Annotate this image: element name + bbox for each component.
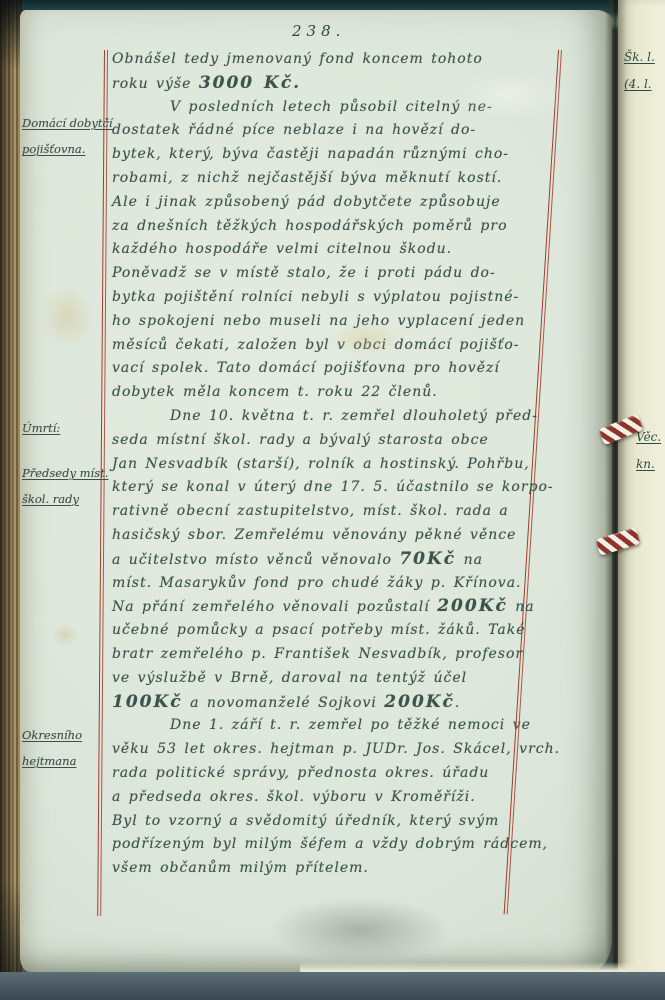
- manuscript-line: a učitelstvo místo věnců věnovalo 70Kč n…: [112, 548, 558, 572]
- line-text: který se konal v úterý dne 17. 5. účastn…: [112, 479, 554, 495]
- amount-text: 200Kč: [384, 692, 455, 712]
- line-text: věku 53 let okres. hejtman p. JUDr. Jos.…: [112, 741, 560, 757]
- line-text: dobytek měla koncem t. roku 22 členů.: [112, 384, 438, 400]
- manuscript-line: všem občanům milým přítelem.: [112, 857, 558, 881]
- line-text: míst. Masarykův fond pro chudé žáky p. K…: [112, 575, 522, 591]
- manuscript-page: 238. Domácí dobytčípojišťovna.Úmrtí:Před…: [20, 10, 612, 972]
- amount-text: 3000 Kč.: [199, 73, 301, 93]
- line-text: Na přání zemřelého věnovali pozůstalí: [112, 599, 437, 615]
- line-text: Poněvadž se v místě stalo, že i proti pá…: [112, 265, 496, 281]
- line-text: podřízeným byl milým šéfem a vždy dobrým…: [112, 836, 548, 852]
- manuscript-line: vací spolek. Tato domácí pojišťovna pro …: [112, 357, 558, 381]
- line-text: a předseda okres. škol. výboru v Kroměří…: [112, 789, 476, 805]
- table-surface-bottom: [0, 972, 665, 1000]
- manuscript-line: podřízeným byl milým šéfem a vždy dobrým…: [112, 833, 558, 857]
- manuscript-line: roku výše 3000 Kč.: [112, 72, 558, 96]
- manuscript-line: Poněvadž se v místě stalo, že i proti pá…: [112, 262, 558, 286]
- manuscript-line: každého hospodáře velmi citelnou škodu.: [112, 238, 558, 262]
- right-page-top-note: Šk. l.(4. l.: [624, 44, 655, 98]
- line-text: vací spolek. Tato domácí pojišťovna pro …: [112, 360, 500, 376]
- manuscript-line: Jan Nesvadbík (starší), rolník a hostins…: [112, 453, 558, 477]
- line-text: Dne 10. května t. r. zemřel dlouholetý p…: [170, 408, 538, 424]
- manuscript-line: učebné pomůcky a psací potřeby míst. žák…: [112, 619, 558, 643]
- line-text: bratr zemřelého p. František Nesvadbík, …: [112, 646, 523, 662]
- paper-smudge: [270, 898, 450, 962]
- manuscript-line: měsíců čekati, založen byl v obci domácí…: [112, 334, 558, 358]
- manuscript-line: Na přání zemřelého věnovali pozůstalí 20…: [112, 595, 558, 619]
- line-text: každého hospodáře velmi citelnou škodu.: [112, 241, 452, 257]
- manuscript-line: rativně obecní zastupitelstvo, míst. ško…: [112, 500, 558, 524]
- manuscript-line: bratr zemřelého p. František Nesvadbík, …: [112, 643, 558, 667]
- line-text: Jan Nesvadbík (starší), rolník a hostins…: [112, 456, 530, 472]
- manuscript-line: za dnešních těžkých hospodářských poměrů…: [112, 215, 558, 239]
- amount-text: 70Kč: [399, 549, 456, 569]
- manuscript-line: míst. Masarykův fond pro chudé žáky p. K…: [112, 572, 558, 596]
- manuscript-line: 100Kč a novomanželé Sojkovi 200Kč.: [112, 691, 558, 715]
- line-text: za dnešních těžkých hospodářských poměrů…: [112, 218, 508, 234]
- manuscript-line: který se konal v úterý dne 17. 5. účastn…: [112, 476, 558, 500]
- left-margin-notes: Domácí dobytčípojišťovna.Úmrtí:Předsedy …: [22, 10, 108, 972]
- margin-note-line: Předsedy míst.: [22, 460, 118, 486]
- margin-note-line: Úmrtí:: [22, 415, 118, 441]
- manuscript-line: V posledních letech působil citelný ne-: [112, 96, 558, 120]
- manuscript-line: robami, z nichž nejčastější býva měknutí…: [112, 167, 558, 191]
- line-text: roku výše: [112, 76, 199, 92]
- manuscript-line: věku 53 let okres. hejtman p. JUDr. Jos.…: [112, 738, 558, 762]
- manuscript-line: hasičský sbor. Zemřelému věnovány pěkné …: [112, 524, 558, 548]
- line-text: robami, z nichž nejčastější býva měknutí…: [112, 170, 502, 186]
- page-number: 238.: [292, 22, 345, 40]
- line-text: rada politické správy, přednosta okres. …: [112, 765, 489, 781]
- margin-note: Okresníhohejtmana: [22, 722, 118, 774]
- line-text: na: [456, 552, 483, 568]
- amount-text: 200Kč: [437, 596, 508, 616]
- manuscript-line: ho spokojeni nebo museli na jeho vyplace…: [112, 310, 558, 334]
- right-page-note-line: (4. l.: [624, 71, 655, 98]
- line-text: dostatek řádné píce neblaze i na hovězí …: [112, 122, 476, 138]
- margin-note-line: hejtmana: [22, 748, 118, 774]
- margin-note-line: pojišťovna.: [22, 136, 118, 162]
- manuscript-line: Byl to vzorný a svědomitý úředník, který…: [112, 810, 558, 834]
- line-text: ve výslužbě v Brně, daroval na tentýž úč…: [112, 670, 467, 686]
- right-page-mid-note: Věc.kn.: [636, 424, 661, 478]
- right-page-note-line: kn.: [636, 451, 661, 478]
- amount-text: 100Kč: [112, 692, 183, 712]
- line-text: hasičský sbor. Zemřelému věnovány pěkné …: [112, 527, 516, 543]
- line-text: a učitelstvo místo věnců věnovalo: [112, 552, 399, 568]
- line-text: Dne 1. září t. r. zemřel po těžké nemoci…: [170, 717, 531, 733]
- manuscript-line: Dne 1. září t. r. zemřel po těžké nemoci…: [112, 714, 558, 738]
- line-text: bytka pojištění rolníci nebyli s výplato…: [112, 289, 519, 305]
- line-text: měsíců čekati, založen byl v obci domácí…: [112, 337, 520, 353]
- manuscript-line: Obnášel tedy jmenovaný fond koncem tohot…: [112, 48, 558, 72]
- book-photo: 238. Domácí dobytčípojišťovna.Úmrtí:Před…: [0, 0, 665, 1000]
- line-text: .: [455, 695, 460, 711]
- line-text: na: [508, 599, 535, 615]
- manuscript-line: a předseda okres. škol. výboru v Kroměří…: [112, 786, 558, 810]
- margin-note: Domácí dobytčípojišťovna.: [22, 110, 118, 162]
- next-page-edge: [618, 0, 665, 1000]
- margin-note: Předsedy míst.škol. rady: [22, 460, 118, 512]
- book-spine-page-edges: [0, 0, 22, 1000]
- margin-note-line: škol. rady: [22, 486, 118, 512]
- line-text: Byl to vzorný a svědomitý úředník, který…: [112, 813, 499, 829]
- line-text: ho spokojeni nebo museli na jeho vyplace…: [112, 313, 525, 329]
- manuscript-line: bytka pojištění rolníci nebyli s výplato…: [112, 286, 558, 310]
- manuscript-line: dostatek řádné píce neblaze i na hovězí …: [112, 119, 558, 143]
- manuscript-line: dobytek měla koncem t. roku 22 členů.: [112, 381, 558, 405]
- body-text: Obnášel tedy jmenovaný fond koncem tohot…: [112, 48, 558, 881]
- manuscript-line: seda místní škol. rady a bývalý starosta…: [112, 429, 558, 453]
- line-text: rativně obecní zastupitelstvo, míst. ško…: [112, 503, 509, 519]
- line-text: a novomanželé Sojkovi: [183, 695, 385, 711]
- line-text: všem občanům milým přítelem.: [112, 860, 369, 876]
- manuscript-line: Ale i jinak způsobený pád dobytčete způs…: [112, 191, 558, 215]
- manuscript-line: bytek, který, býva častěji napadán různý…: [112, 143, 558, 167]
- manuscript-line: Dne 10. května t. r. zemřel dlouholetý p…: [112, 405, 558, 429]
- manuscript-line: rada politické správy, přednosta okres. …: [112, 762, 558, 786]
- line-text: V posledních letech působil citelný ne-: [170, 99, 493, 115]
- margin-note-line: Okresního: [22, 722, 118, 748]
- right-page-note-line: Šk. l.: [624, 44, 655, 71]
- margin-note-line: Domácí dobytčí: [22, 110, 118, 136]
- line-text: bytek, který, býva častěji napadán různý…: [112, 146, 509, 162]
- manuscript-line: ve výslužbě v Brně, daroval na tentýž úč…: [112, 667, 558, 691]
- line-text: učebné pomůcky a psací potřeby míst. žák…: [112, 622, 526, 638]
- line-text: seda místní škol. rady a bývalý starosta…: [112, 432, 489, 448]
- line-text: Obnášel tedy jmenovaný fond koncem tohot…: [112, 51, 483, 67]
- line-text: Ale i jinak způsobený pád dobytčete způs…: [112, 194, 501, 210]
- margin-note: Úmrtí:: [22, 415, 118, 441]
